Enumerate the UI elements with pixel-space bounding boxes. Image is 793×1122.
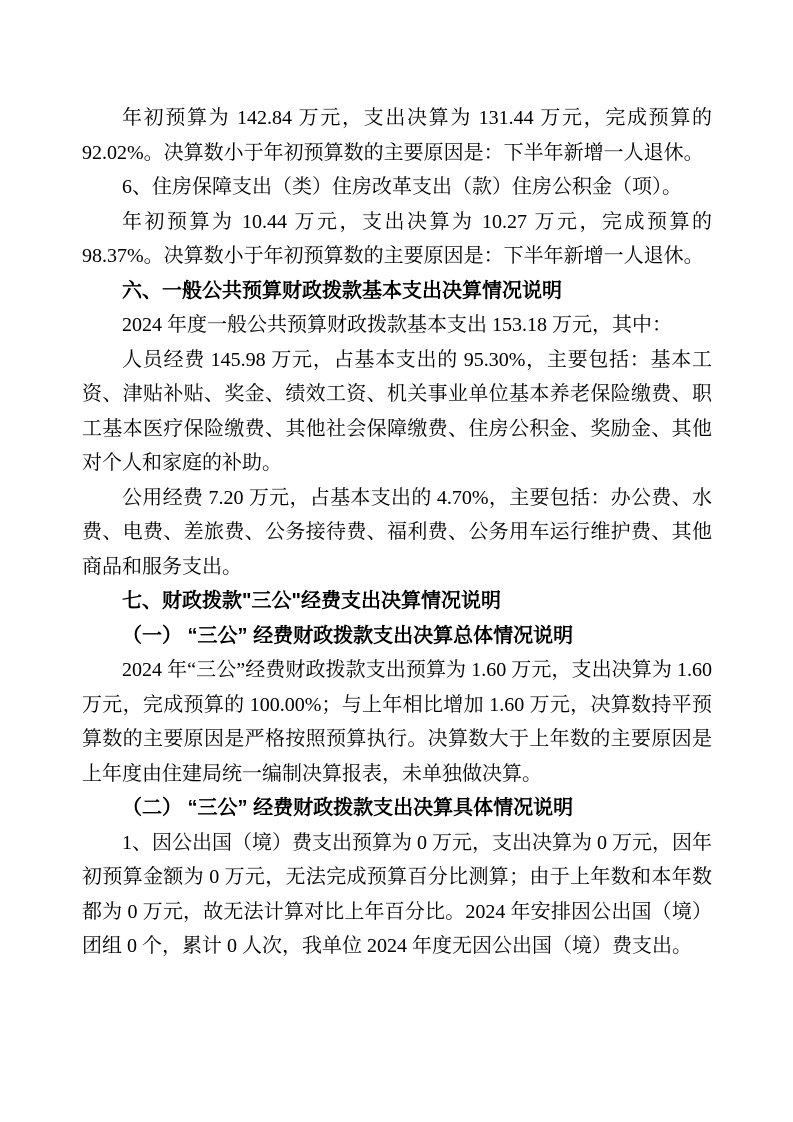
- document-body: 年初预算为 142.84 万元，支出决算为 131.44 万元，完成预算的 92…: [82, 101, 712, 964]
- paragraph-basic-expenditure: 2024 年度一般公共预算财政拨款基本支出 153.18 万元，其中：: [82, 308, 712, 343]
- subsection-heading-2: （二） “三公” 经费财政拨款支出决算具体情况说明: [82, 791, 712, 826]
- paragraph-overseas-travel: 1、因公出国（境）费支出预算为 0 万元，支出决算为 0 万元，因年初预算金额为…: [82, 826, 712, 964]
- document-page: 年初预算为 142.84 万元，支出决算为 131.44 万元，完成预算的 92…: [0, 0, 793, 1122]
- paragraph-item-6-housing: 6、住房保障支出（类）住房改革支出（款）住房公积金（项）。: [82, 170, 712, 205]
- paragraph-budget-10-44: 年初预算为 10.44 万元，支出决算为 10.27 万元，完成预算的 98.3…: [82, 205, 712, 274]
- subsection-heading-1: （一） “三公” 经费财政拨款支出决算总体情况说明: [82, 619, 712, 654]
- paragraph-sangong-overall: 2024 年“三公”经费财政拨款支出预算为 1.60 万元，支出决算为 1.60…: [82, 653, 712, 791]
- section-heading-6: 六、一般公共预算财政拨款基本支出决算情况说明: [82, 274, 712, 309]
- paragraph-public-funds: 公用经费 7.20 万元，占基本支出的 4.70%，主要包括：办公费、水费、电费…: [82, 481, 712, 585]
- paragraph-prev-budget-142: 年初预算为 142.84 万元，支出决算为 131.44 万元，完成预算的 92…: [82, 101, 712, 170]
- paragraph-personnel-funds: 人员经费 145.98 万元，占基本支出的 95.30%，主要包括：基本工资、津…: [82, 343, 712, 481]
- section-heading-7: 七、财政拨款"三公"经费支出决算情况说明: [82, 584, 712, 619]
